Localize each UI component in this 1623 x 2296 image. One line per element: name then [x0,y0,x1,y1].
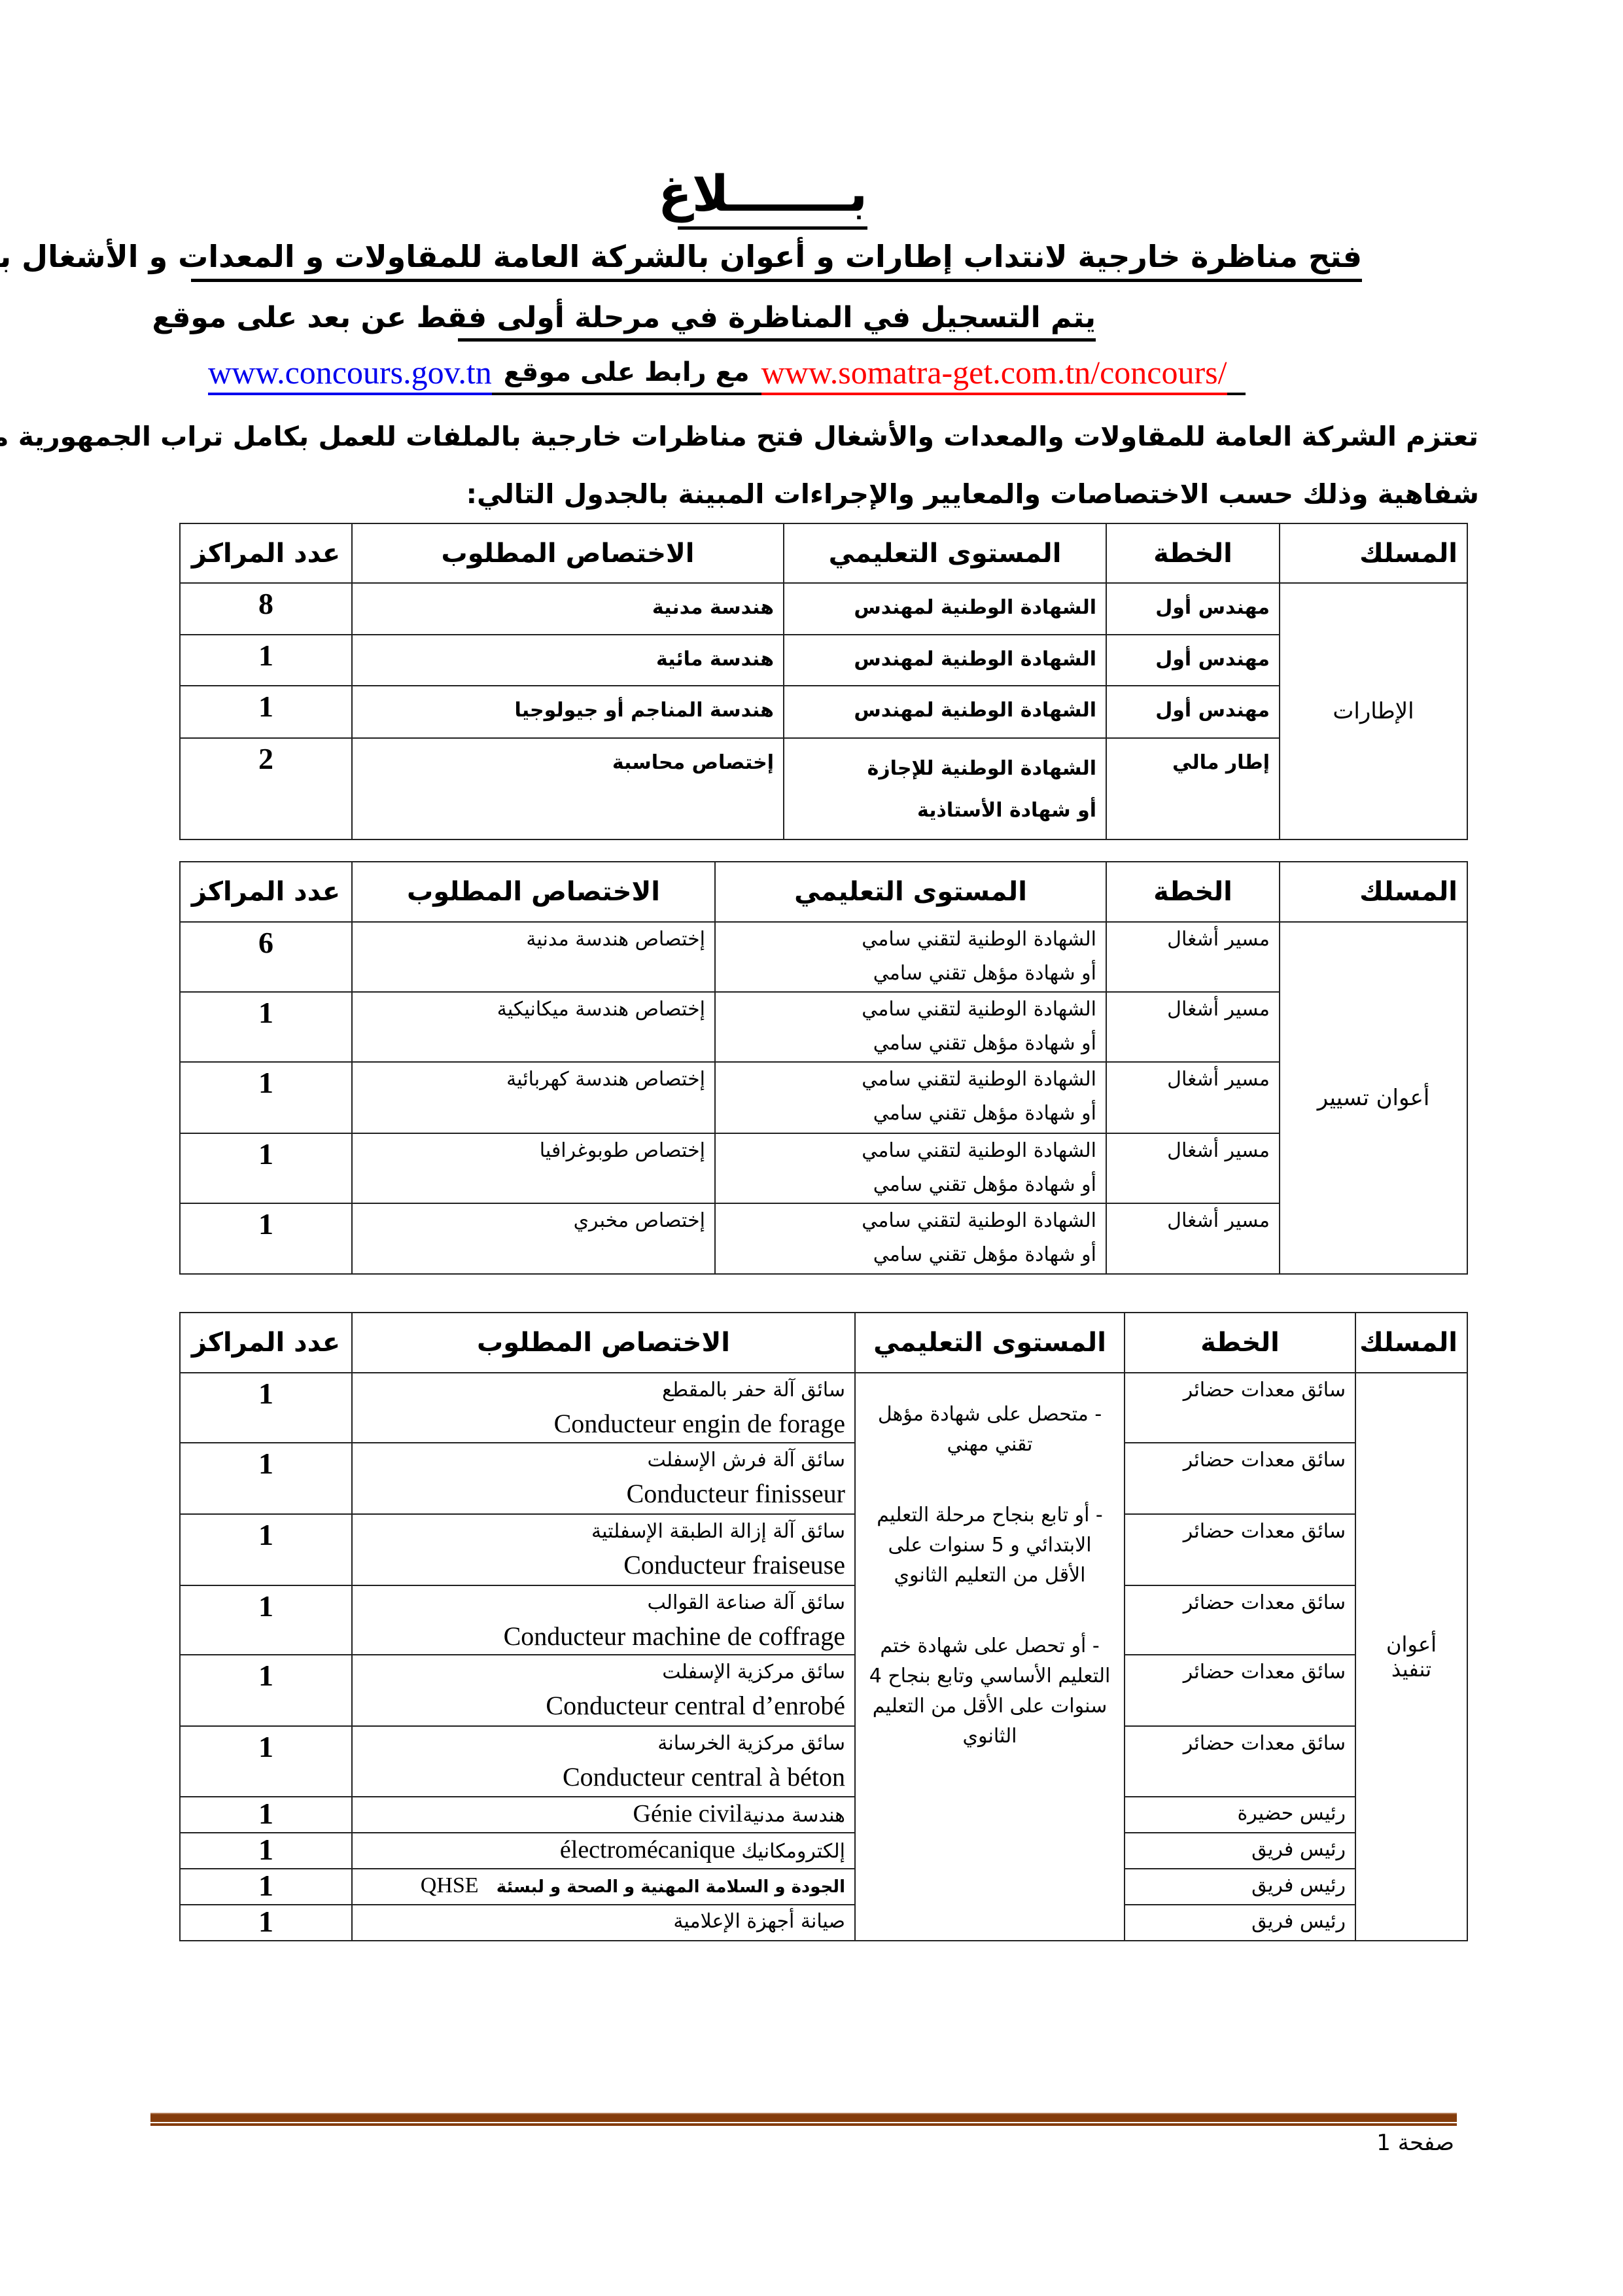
education-option-1: - متحصل على شهادة مؤهل تقني مهني [865,1400,1115,1460]
positions-cell: 1 [180,1655,352,1726]
registration-note: يتم التسجيل في المناظرة في مرحلة أولى فق… [458,298,1096,342]
table-row: مهندس أول الشهادة الوطنية لمهندس هندسة م… [180,635,1467,686]
table-row: رئيس فريق صيانة أجهزة الإعلامية 1 [180,1905,1467,1941]
specialty-cell: إختصاص محاسبة [352,738,784,839]
header-positions: عدد المراكز [180,523,352,583]
grade-cell: مسير أشغال [1106,1203,1280,1274]
specialty-fr: Conducteur fraiseuse [362,1549,845,1581]
specialty-cell: إختصاص مخبري [352,1203,715,1274]
footer-rule-thick [150,2113,1457,2122]
specialty-ar: الجودة و السلامة المهنية و الصحة و لبسئة [497,1877,845,1897]
education-cell: الشهادة الوطنية لتقني سامي أو شهادة مؤهل… [715,1203,1106,1274]
specialty-cell: هندسة مدنيةGénie civil [352,1797,855,1833]
grade-cell: رئيس حضيرة [1125,1797,1355,1833]
positions-cell: 1 [180,1585,352,1655]
table-header-row: المسلك الخطة المستوى التعليمي الاختصاص ا… [180,1313,1467,1373]
specialty-ar: سائق آلة فرش الإسفلت [362,1443,845,1477]
header-corps: المسلك [1280,862,1467,922]
table-row: سائق معدات حضائر سائق آلة صناعة القوالب … [180,1585,1467,1655]
table-row: إطار مالي الشهادة الوطنية للإجازة أو شها… [180,738,1467,839]
header-corps: المسلك [1355,1313,1467,1373]
announcement-title: بـــــــلاغ [678,164,867,230]
education-line-1: الشهادة الوطنية لتقني سامي [725,1134,1096,1168]
specialty-cell: سائق آلة فرش الإسفلت Conducteur finisseu… [352,1443,855,1514]
table-row: الإطارات مهندس أول الشهادة الوطنية لمهند… [180,583,1467,635]
table-row: أعوان تنفيذ سائق معدات حضائر - متحصل على… [180,1373,1467,1443]
table-row: مسير أشغال الشهادة الوطنية لتقني سامي أو… [180,1062,1467,1133]
table-header-row: المسلك الخطة المستوى التعليمي الاختصاص ا… [180,523,1467,583]
table-row: سائق معدات حضائر سائق مركزية الإسفلت Con… [180,1655,1467,1726]
specialty-cell: الجودة و السلامة المهنية و الصحة و لبسئة… [352,1869,855,1905]
education-cell: الشهادة الوطنية لمهندس [784,686,1106,738]
grade-cell: مسير أشغال [1106,1062,1280,1133]
education-line-1: الشهادة الوطنية لتقني سامي [725,1204,1096,1238]
positions-cell: 1 [180,1203,352,1274]
footer-rule-thin [150,2123,1457,2126]
specialty-cell: هندسة مائية [352,635,784,686]
intro-paragraph-line-1: تعتزم الشركة العامة للمقاولات والمعدات و… [121,417,1478,456]
education-merged-cell: - متحصل على شهادة مؤهل تقني مهني - أو تا… [855,1373,1125,1941]
table-row: مسير أشغال الشهادة الوطنية لتقني سامي أو… [180,992,1467,1062]
positions-cell: 2 [180,738,352,839]
grade-cell: رئيس فريق [1125,1905,1355,1941]
header-grade: الخطة [1125,1313,1355,1373]
table-row: أعوان تسيير مسير أشغال الشهادة الوطنية ل… [180,922,1467,992]
positions-cell: 1 [180,1062,352,1133]
grade-cell: سائق معدات حضائر [1125,1514,1355,1585]
table-row: مسير أشغال الشهادة الوطنية لتقني سامي أو… [180,1203,1467,1274]
table-row: سائق معدات حضائر سائق مركزية الخرسانة Co… [180,1726,1467,1797]
education-line-2: أو شهادة مؤهل تقني سامي [725,1238,1096,1272]
grade-cell: سائق معدات حضائر [1125,1726,1355,1797]
page-number: صفحة 1 [1376,2130,1454,2156]
specialty-ar: سائق آلة إزالة الطبقة الإسفلتية [362,1515,845,1549]
specialty-fr: Conducteur machine de coffrage [362,1620,845,1653]
grade-cell: مسير أشغال [1106,1133,1280,1203]
education-line-2: أو شهادة مؤهل تقني سامي [725,1097,1096,1131]
education-line-1: الشهادة الوطنية لتقني سامي [725,923,1096,957]
header-grade: الخطة [1106,523,1280,583]
specialty-cell: إختصاص هندسة كهربائية [352,1062,715,1133]
header-education: المستوى التعليمي [855,1313,1125,1373]
header-specialty: الاختصاص المطلوب [352,523,784,583]
concours-gov-link[interactable]: www.concours.gov.tn [208,352,492,395]
specialty-cell: صيانة أجهزة الإعلامية [352,1905,855,1941]
specialty-cell: سائق مركزية الإسفلت Conducteur central d… [352,1655,855,1726]
specialty-ar: هندسة مدنية [742,1804,845,1827]
grade-cell: سائق معدات حضائر [1125,1585,1355,1655]
specialty-ar: سائق آلة صناعة القوالب [362,1586,845,1620]
education-cell: الشهادة الوطنية لتقني سامي أو شهادة مؤهل… [715,1133,1106,1203]
header-education: المستوى التعليمي [715,862,1106,922]
corps-cell: الإطارات [1280,583,1467,839]
positions-cell: 1 [180,686,352,738]
specialty-fr: Génie civil [633,1800,743,1828]
table-management-staff: المسلك الخطة المستوى التعليمي الاختصاص ا… [179,861,1468,1275]
specialty-ar: سائق مركزية الإسفلت [362,1655,845,1689]
header-positions: عدد المراكز [180,862,352,922]
positions-cell: 1 [180,1514,352,1585]
positions-cell: 1 [180,1833,352,1869]
header-corps: المسلك [1280,523,1467,583]
link-underline-tail [1227,392,1246,395]
positions-cell: 1 [180,1797,352,1833]
specialty-cell: إختصاص هندسة مدنية [352,922,715,992]
specialty-cell: سائق آلة إزالة الطبقة الإسفلتية Conducte… [352,1514,855,1585]
positions-cell: 1 [180,1443,352,1514]
positions-cell: 6 [180,922,352,992]
somatra-concours-link[interactable]: www.somatra-get.com.tn/concours/ [761,352,1227,395]
education-cell: الشهادة الوطنية لمهندس [784,635,1106,686]
specialty-cell: هندسة مدنية [352,583,784,635]
education-line-2: أو شهادة الأستاذية [794,790,1096,832]
grade-cell: رئيس فريق [1125,1869,1355,1905]
grade-cell: سائق معدات حضائر [1125,1373,1355,1443]
specialty-ar: إلكترومكانيك [741,1840,845,1863]
table-row: مهندس أول الشهادة الوطنية لمهندس هندسة ا… [180,686,1467,738]
corps-cell: أعوان تسيير [1280,922,1467,1274]
education-option-2: - أو تابع بنجاح مرحلة التعليم الابتدائي … [865,1500,1115,1591]
table-row: سائق معدات حضائر سائق آلة إزالة الطبقة ا… [180,1514,1467,1585]
table-row: رئيس حضيرة هندسة مدنيةGénie civil 1 [180,1797,1467,1833]
education-line-2: أو شهادة مؤهل تقني سامي [725,957,1096,991]
education-cell: الشهادة الوطنية للإجازة أو شهادة الأستاذ… [784,738,1106,839]
table-row: رئيس فريق الجودة و السلامة المهنية و الص… [180,1869,1467,1905]
table-row: رئيس فريق إلكترومكانيك électromécanique … [180,1833,1467,1869]
header-education: المستوى التعليمي [784,523,1106,583]
specialty-cell: إلكترومكانيك électromécanique [352,1833,855,1869]
positions-cell: 1 [180,1869,352,1905]
announcement-subtitle: فتح مناظرة خارجية لانتداب إطارات و أعوان… [191,236,1362,282]
table-header-row: المسلك الخطة المستوى التعليمي الاختصاص ا… [180,862,1467,922]
education-line-1: الشهادة الوطنية للإجازة [794,748,1096,790]
grade-cell: مسير أشغال [1106,992,1280,1062]
education-line-1: الشهادة الوطنية لتقني سامي [725,993,1096,1027]
grade-cell: سائق معدات حضائر [1125,1655,1355,1726]
table-execution-staff: المسلك الخطة المستوى التعليمي الاختصاص ا… [179,1312,1468,1941]
positions-cell: 1 [180,635,352,686]
specialty-fr: Conducteur finisseur [362,1477,845,1510]
grade-cell: سائق معدات حضائر [1125,1443,1355,1514]
education-line-1: الشهادة الوطنية لتقني سامي [725,1063,1096,1097]
header-positions: عدد المراكز [180,1313,352,1373]
table-row: سائق معدات حضائر سائق آلة فرش الإسفلت Co… [180,1443,1467,1514]
education-cell: الشهادة الوطنية لتقني سامي أو شهادة مؤهل… [715,992,1106,1062]
header-grade: الخطة [1106,862,1280,922]
specialty-cell: هندسة المناجم أو جيولوجيا [352,686,784,738]
specialty-cell: سائق آلة صناعة القوالب Conducteur machin… [352,1585,855,1655]
specialty-fr: QHSE [421,1873,479,1898]
grade-cell: مهندس أول [1106,583,1280,635]
specialty-cell: سائق مركزية الخرسانة Conducteur central … [352,1726,855,1797]
education-cell: الشهادة الوطنية لتقني سامي أو شهادة مؤهل… [715,1062,1106,1133]
intro-paragraph-line-2: شفاهية وذلك حسب الاختصاصات والمعايير وال… [241,474,1479,514]
positions-cell: 1 [180,1726,352,1797]
positions-cell: 1 [180,992,352,1062]
grade-cell: مسير أشغال [1106,922,1280,992]
table-row: مسير أشغال الشهادة الوطنية لتقني سامي أو… [180,1133,1467,1203]
grade-cell: مهندس أول [1106,635,1280,686]
specialty-ar: سائق آلة حفر بالمقطع [362,1373,845,1407]
header-specialty: الاختصاص المطلوب [352,862,715,922]
education-cell: الشهادة الوطنية لتقني سامي أو شهادة مؤهل… [715,922,1106,992]
registration-links: www.concours.gov.tn مع رابط على موقع www… [208,353,1350,395]
specialty-fr: Conducteur engin de forage [362,1407,845,1440]
grade-cell: إطار مالي [1106,738,1280,839]
link-connector-text: مع رابط على موقع [492,352,761,395]
corps-cell: أعوان تنفيذ [1355,1373,1467,1941]
specialty-ar: سائق مركزية الخرسانة [362,1727,845,1761]
positions-cell: 1 [180,1133,352,1203]
positions-cell: 8 [180,583,352,635]
table-executives: المسلك الخطة المستوى التعليمي الاختصاص ا… [179,523,1468,840]
education-line-2: أو شهادة مؤهل تقني سامي [725,1168,1096,1202]
specialty-cell: سائق آلة حفر بالمقطع Conducteur engin de… [352,1373,855,1443]
header-specialty: الاختصاص المطلوب [352,1313,855,1373]
grade-cell: مهندس أول [1106,686,1280,738]
positions-cell: 1 [180,1373,352,1443]
education-option-3: - أو تحصل على شهادة ختم التعليم الأساسي … [865,1631,1115,1752]
grade-cell: رئيس فريق [1125,1833,1355,1869]
education-cell: الشهادة الوطنية لمهندس [784,583,1106,635]
specialty-fr: Conducteur central d’enrobé [362,1689,845,1722]
education-line-2: أو شهادة مؤهل تقني سامي [725,1027,1096,1061]
specialty-cell: إختصاص هندسة ميكانيكية [352,992,715,1062]
specialty-fr: Conducteur central à béton [362,1761,845,1793]
specialty-cell: إختصاص طوبوغرافيا [352,1133,715,1203]
specialty-fr: électromécanique [560,1836,735,1863]
positions-cell: 1 [180,1905,352,1941]
